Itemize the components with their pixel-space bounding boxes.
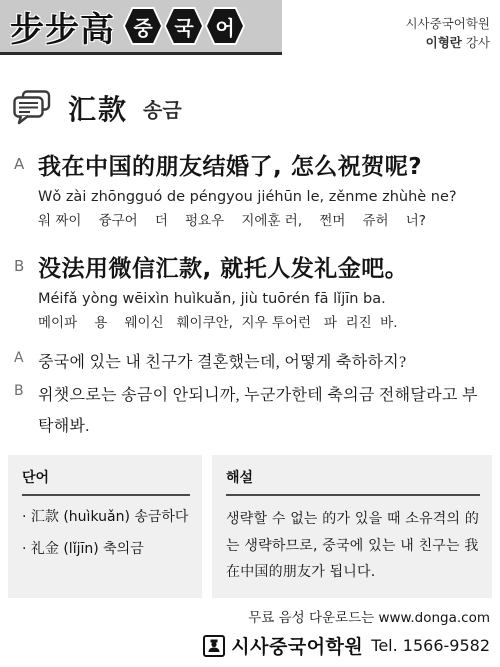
pinyin-a: Wǒ zài zhōngguó de péngyou jiéhūn le, zě…	[38, 189, 457, 205]
academy-name-footer: 시사중국어학원	[231, 632, 363, 659]
chinese-sentence-a: 我在中国的朋友结婚了, 怎么祝贺呢?	[38, 148, 457, 181]
translation-text-b: 위챗으로는 송금이 안되니까, 누군가한테 축의금 전해달라고 부탁해봐.	[38, 380, 488, 442]
header-credit: 시사중국어학원 이형란 강사	[405, 14, 490, 53]
translation-label-a: A	[14, 347, 38, 378]
lesson-title: 汇款 송금	[12, 88, 182, 128]
hexagon-badge: 어	[205, 7, 245, 45]
translation-row: A 중국에 있는 내 친구가 결혼했는데, 어떻게 축하하지?	[14, 347, 488, 378]
chinese-sentence-b: 没法用微信汇款, 就托人发礼金吧。	[38, 250, 408, 283]
dialog-b-content: 没法用微信汇款, 就托人发礼金吧。 Méifǎ yòng wēixìn huìk…	[38, 250, 408, 331]
korean-pronunciation-b: 메이파 용 웨이신 훼이쿠안, 지우 투어런 파 리진 바.	[38, 311, 408, 331]
hexagon-badge: 중	[123, 7, 163, 45]
instructor-line: 이형란 강사	[405, 33, 490, 52]
explanation-box-title: 해설	[226, 467, 480, 496]
phone-number: Tel. 1566-9582	[371, 636, 490, 655]
dialog-line-a: A 我在中国的朋友结婚了, 怎么祝贺呢? Wǒ zài zhōngguó de …	[14, 148, 457, 229]
footer-brand-line: 시사중국어학원 Tel. 1566-9582	[203, 632, 490, 659]
translation-b: B 위챗으로는 송금이 안되니까, 누군가한테 축의금 전해달라고 부탁해봐.	[14, 380, 488, 442]
badge-char-jung: 중	[125, 9, 161, 43]
vocab-item: · 礼金 (lǐjīn) 축의금	[22, 538, 190, 560]
academy-name: 시사중국어학원	[405, 14, 490, 33]
badge-char-guk: 국	[166, 9, 202, 43]
korean-pronunciation-a: 워 짜이 즁구어 더 펑요우 지에훈 러, 쩐머 쥬허 너?	[38, 209, 457, 229]
academy-logo-icon	[203, 635, 225, 657]
vocab-item: · 汇款 (huìkuǎn) 송금하다	[22, 506, 190, 528]
reference-boxes: 단어 · 汇款 (huìkuǎn) 송금하다 · 礼金 (lǐjīn) 축의금 …	[8, 455, 492, 598]
chat-bubbles-icon	[12, 89, 52, 127]
speaker-label-b: B	[14, 250, 38, 331]
vocab-box-title: 단어	[22, 467, 190, 496]
translation-text-a: 중국에 있는 내 친구가 결혼했는데, 어떻게 축하하지?	[38, 347, 406, 378]
explanation-text: 생략할 수 없는 的가 있을 때 소유격의 的는 생략하므로, 중국에 있는 내…	[226, 506, 480, 586]
dialog-a-content: 我在中国的朋友结婚了, 怎么祝贺呢? Wǒ zài zhōngguó de pé…	[38, 148, 457, 229]
dialog-line-b: B 没法用微信汇款, 就托人发礼金吧。 Méifǎ yòng wēixìn hu…	[14, 250, 408, 331]
instructor-title: 강사	[466, 35, 490, 50]
logo-banner: 步步高 중 국 어	[0, 0, 282, 55]
vocab-box: 단어 · 汇款 (huìkuǎn) 송금하다 · 礼金 (lǐjīn) 축의금	[8, 455, 202, 598]
logo-chinese-text: 步步高	[10, 2, 115, 51]
badge-char-eo: 어	[207, 9, 243, 43]
explanation-box: 해설 생략할 수 없는 的가 있을 때 소유격의 的는 생략하므로, 중국에 있…	[212, 455, 492, 598]
footer: 무료 음성 다운로드는 www.donga.com 시사중국어학원 Tel. 1…	[203, 606, 490, 659]
speaker-label-a: A	[14, 148, 38, 229]
instructor-name: 이형란	[426, 35, 462, 50]
hexagon-badge: 국	[164, 7, 204, 45]
pinyin-b: Méifǎ yòng wēixìn huìkuǎn, jiù tuōrén fā…	[38, 291, 408, 307]
translation-label-b: B	[14, 380, 38, 442]
audio-download-note: 무료 음성 다운로드는 www.donga.com	[203, 606, 490, 626]
title-korean: 송금	[143, 94, 182, 123]
logo-korean-badges: 중 국 어	[123, 7, 245, 45]
title-chinese: 汇款	[68, 88, 128, 128]
lesson-page: 步步高 중 국 어 시사중국어학원 이형란 강사 汇款 송금 A 我在中国的朋友…	[0, 0, 500, 667]
translation-a: A 중국에 있는 내 친구가 결혼했는데, 어떻게 축하하지?	[14, 347, 488, 378]
translation-row: B 위챗으로는 송금이 안되니까, 누군가한테 축의금 전해달라고 부탁해봐.	[14, 380, 488, 442]
